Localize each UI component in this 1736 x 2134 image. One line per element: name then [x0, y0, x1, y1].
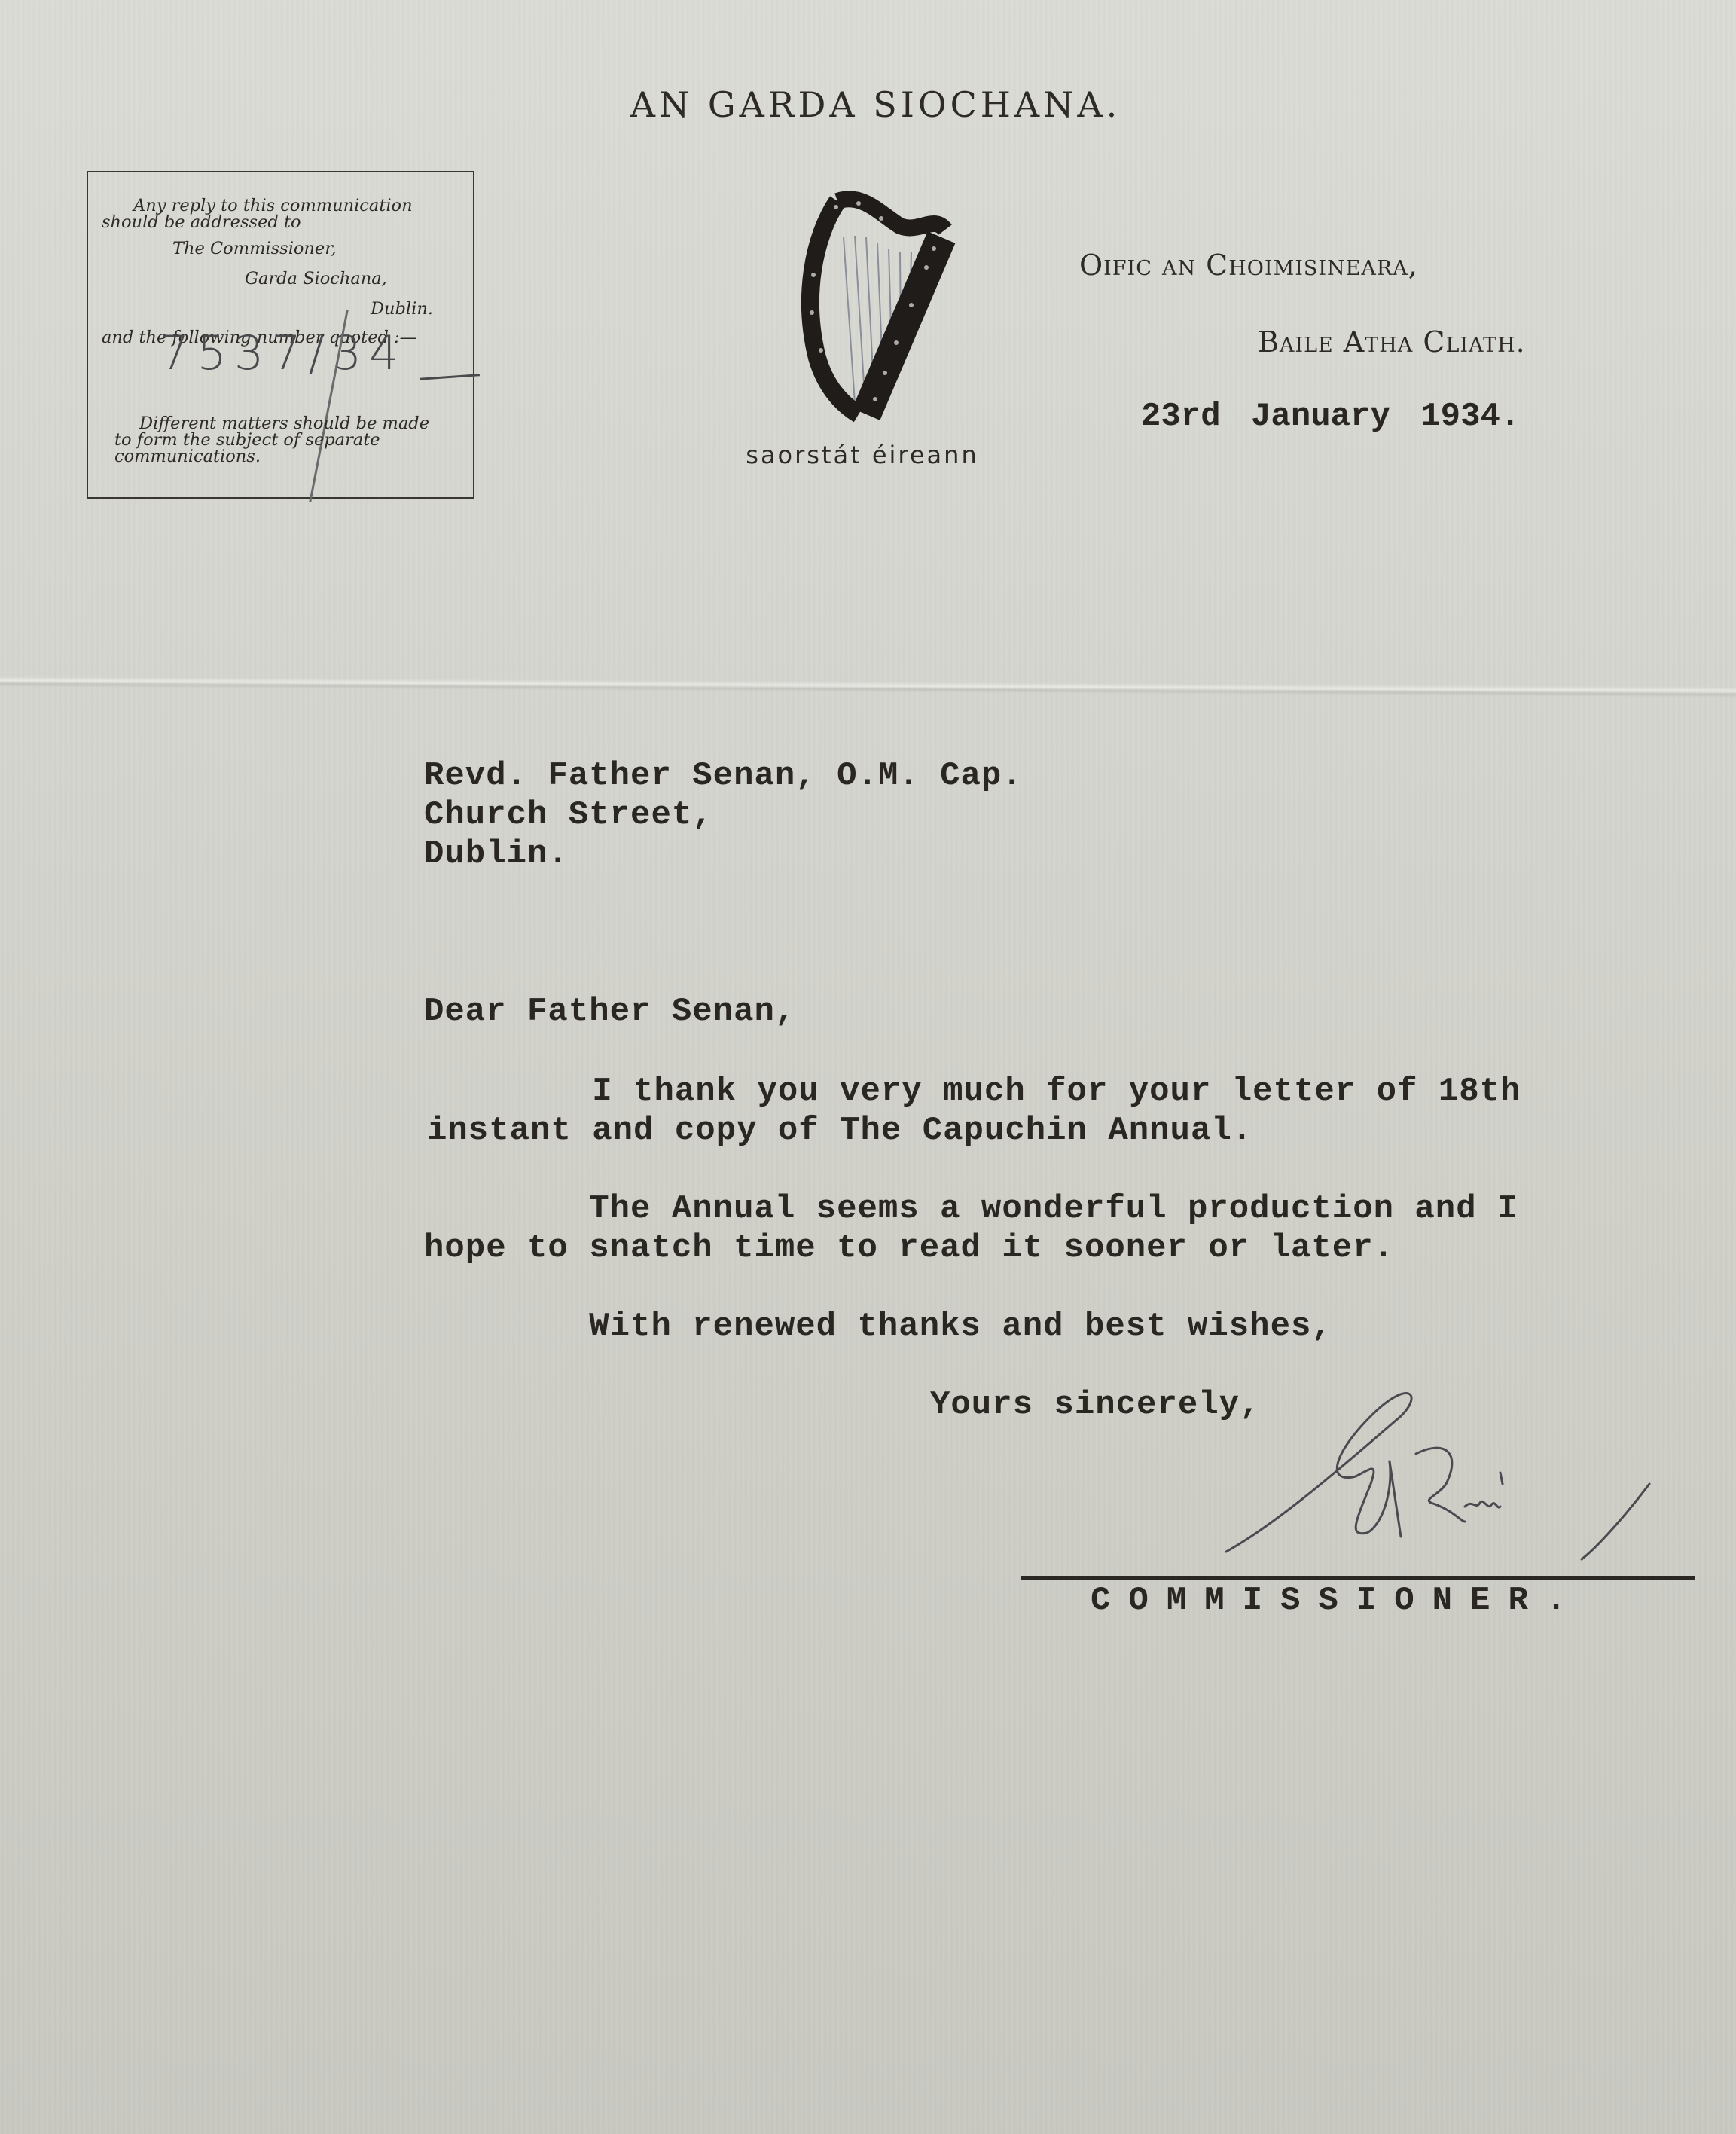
- reference-number: 7537/34: [160, 344, 407, 362]
- handwritten-signature: [1220, 1371, 1672, 1567]
- pencil-stroke: [420, 374, 480, 380]
- reply-box-line: should be addressed to: [102, 214, 301, 231]
- signatory-title: COMMISSIONER.: [1091, 1582, 1584, 1620]
- letter-date: 23rd January 1934.: [1141, 398, 1520, 435]
- letterhead-organization: AN GARDA SIOCHANA.: [0, 84, 1736, 125]
- recipient-city: Dublin.: [424, 835, 569, 873]
- paragraph-2-line-2: hope to snatch time to read it sooner or…: [424, 1229, 1394, 1267]
- closing-line: With renewed thanks and best wishes,: [424, 1308, 1332, 1345]
- reply-instructions-box: Any reply to this communication should b…: [87, 171, 474, 499]
- paragraph-1-line-1: I thank you very much for your letter of…: [427, 1073, 1521, 1110]
- reply-box-line: The Commissioner,: [172, 240, 337, 258]
- paragraph-1-line-2: instant and copy of The Capuchin Annual.: [427, 1112, 1252, 1149]
- emblem-caption: saorstát éireann: [712, 441, 1013, 469]
- harp-icon: [791, 185, 956, 426]
- recipient-street: Church Street,: [424, 796, 713, 834]
- office-name: Oific an Choimisineara,: [1079, 249, 1418, 282]
- valediction: Yours sincerely,: [930, 1386, 1260, 1424]
- reply-box-line: Dublin.: [371, 301, 433, 318]
- reply-box-line: Garda Siochana,: [245, 270, 387, 288]
- signature-line: [1021, 1576, 1695, 1580]
- paper-fold-line: [0, 676, 1736, 698]
- reply-box-footer-line: communications.: [114, 448, 261, 466]
- salutation: Dear Father Senan,: [424, 993, 795, 1030]
- recipient-name: Revd. Father Senan, O.M. Cap.: [424, 757, 1023, 795]
- office-city: Baile Atha Cliath.: [1258, 325, 1526, 359]
- paragraph-2-line-1: The Annual seems a wonderful production …: [424, 1190, 1518, 1228]
